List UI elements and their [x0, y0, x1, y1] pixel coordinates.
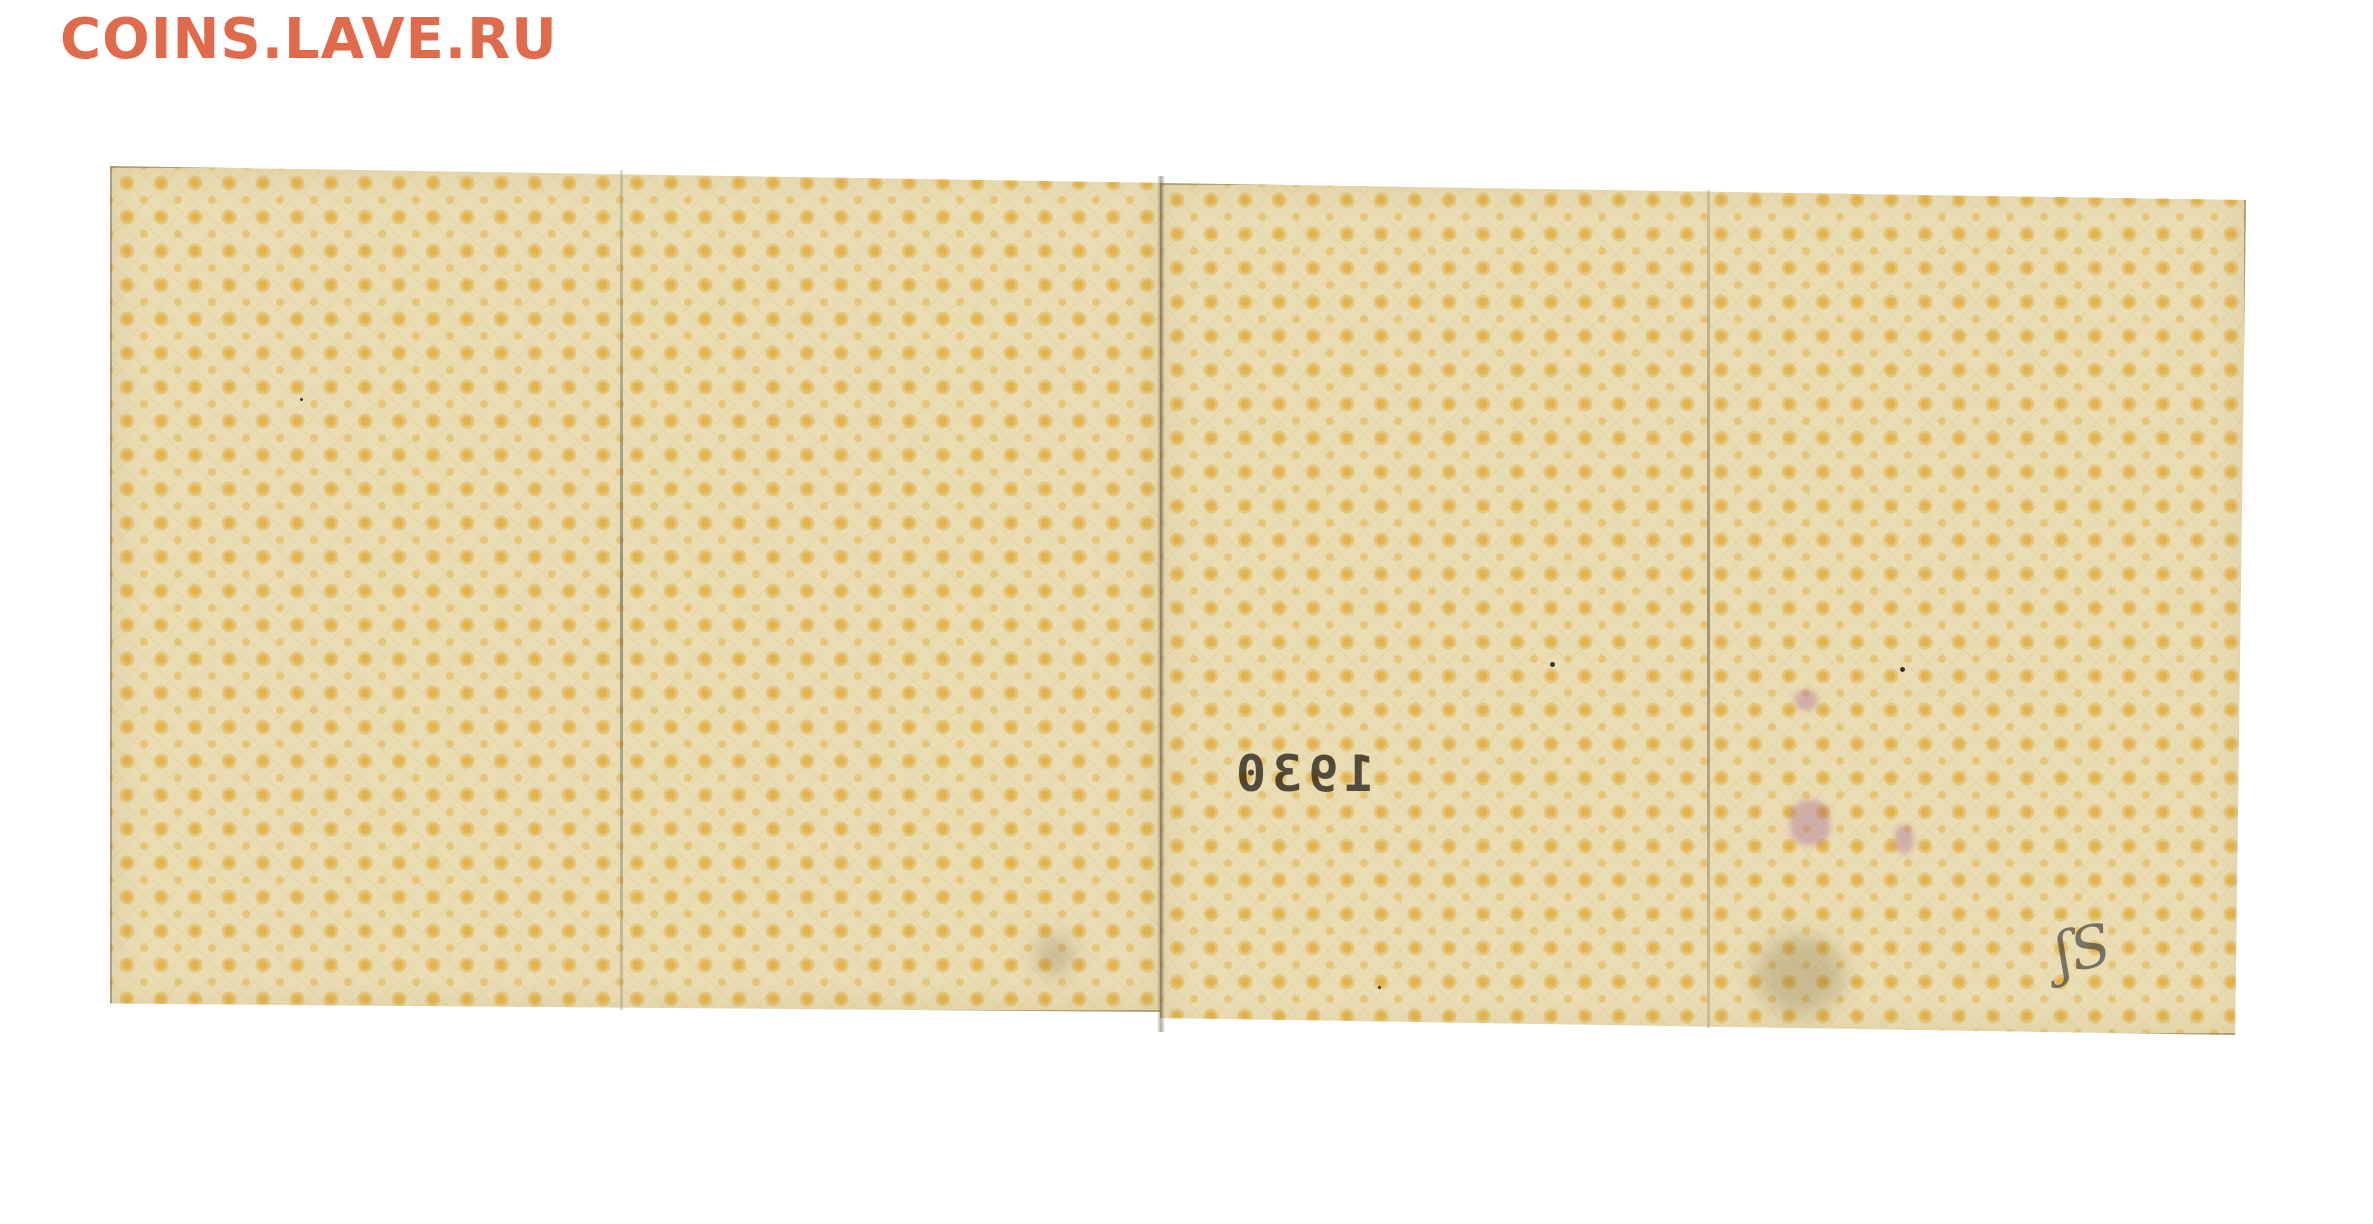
note-right-half	[1160, 183, 2246, 1035]
ink-speck	[1550, 662, 1555, 667]
purple-stamp-mark	[1790, 800, 1830, 845]
dirt-stain	[1035, 935, 1075, 975]
mirrored-serial-number: 1930	[1230, 745, 1374, 803]
purple-stamp-mark	[1795, 690, 1817, 710]
fold-line-left	[620, 170, 623, 1010]
purple-stamp-mark	[1895, 825, 1913, 853]
ink-speck	[1900, 667, 1905, 672]
center-tear	[1157, 176, 1165, 1032]
ink-speck	[300, 398, 303, 401]
note-left-half	[110, 166, 1162, 1012]
fold-line-right	[1707, 190, 1710, 1028]
banknote-reverse: 1930 ʃS	[0, 0, 2373, 1224]
ink-speck	[1378, 986, 1381, 989]
dirt-stain	[1755, 935, 1845, 1015]
